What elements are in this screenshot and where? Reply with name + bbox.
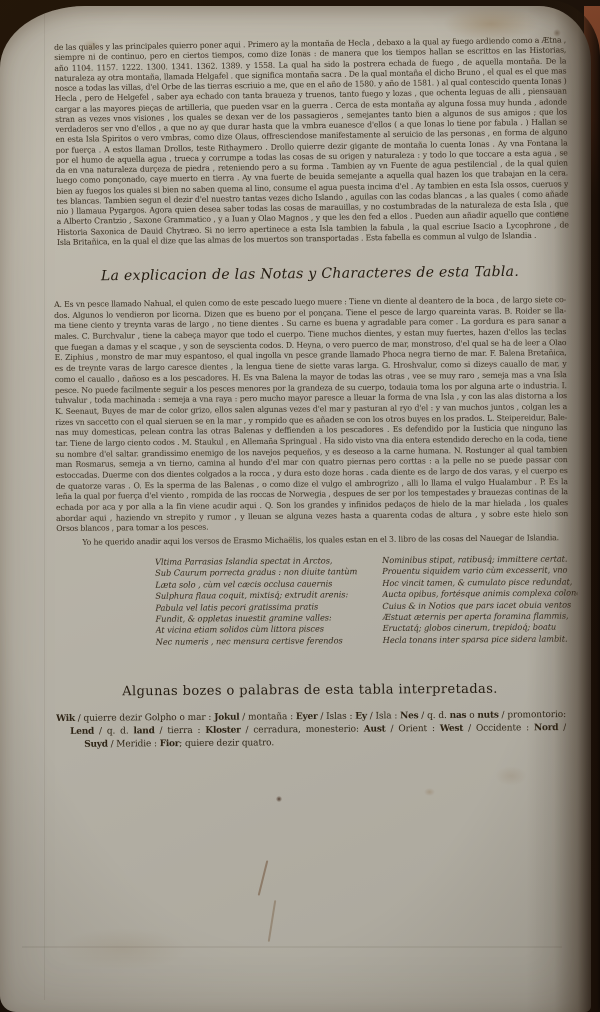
notes-paragraph: A. Es vn pesce llamado Nahual, el quien … [54, 295, 568, 549]
blackletter-word: Fior [160, 739, 180, 749]
intro-paragraph: de las quales y las principales quierro … [54, 35, 569, 248]
notes-lines: A. Es vn pesce llamado Nahual, el quien … [54, 295, 568, 535]
glossary-text: / q. d. [418, 711, 449, 721]
blackletter-word: West [440, 724, 463, 734]
glossary-text: / Meridie : [108, 739, 160, 749]
blackletter-word: Jokul [214, 713, 239, 723]
glossary-text: / montaña : [239, 712, 296, 722]
book-photo: de las quales y las principales quierro … [0, 0, 600, 1012]
blackletter-word: Aust [364, 724, 386, 734]
verse-column-left: Vltima Parrasias Islandia spectat in Arc… [155, 555, 381, 648]
glossary-text: / cerradura, monesterio: [241, 724, 364, 735]
blackletter-word: nas [450, 711, 467, 721]
verse-line: Sub Caurum porrecta gradus : non diuite … [155, 566, 380, 579]
glossary-text: / quierre dezir Golpho o mar : [75, 713, 214, 724]
blackletter-word: Eyer [296, 712, 318, 722]
blackletter-word: land [133, 726, 154, 736]
verse-line: Nec numeris , nec mensura certisve feren… [156, 635, 381, 648]
verse-line: Sulphura flaua coquit, mixtisq́; extrudi… [155, 589, 380, 602]
book-binding-shadow [526, 0, 600, 1012]
section-heading-explicacion: La explicacion de las Notas y Charactere… [54, 263, 566, 284]
section-heading-bozes: Algunas bozes o palabras de esta tabla i… [54, 681, 566, 700]
page-content: de las quales y las principales quierro … [0, 0, 600, 1012]
glossary-text: / Islas : [317, 712, 355, 722]
glossary-blackletter: Wik / quierre dezir Golpho o mar : Jokul… [56, 709, 566, 752]
blackletter-word: Wik [56, 714, 75, 724]
blackletter-word: Suyd [84, 739, 108, 749]
glossary-text: ; quiere dezir quatro. [179, 738, 274, 749]
glossary-text: o [466, 711, 477, 721]
glossary-text: / Orient : [386, 724, 440, 734]
blackletter-word: Ey [355, 712, 367, 722]
blackletter-word: nuts [477, 711, 498, 721]
glossary-text: / q. d. [94, 726, 134, 736]
latin-verses: Vltima Parrasias Islandia spectat in Arc… [0, 553, 600, 658]
postscript-line: Yo he querido anadir aqui los versos de … [56, 533, 568, 549]
blackletter-word: Nes [400, 711, 418, 721]
blackletter-word: Lend [70, 727, 94, 737]
blackletter-word: Kloster [205, 725, 240, 735]
glossary-text: / Occidente : [463, 723, 534, 734]
glossary-text: / Isla : [367, 711, 400, 721]
glossary-text: / tierra : [155, 726, 206, 736]
